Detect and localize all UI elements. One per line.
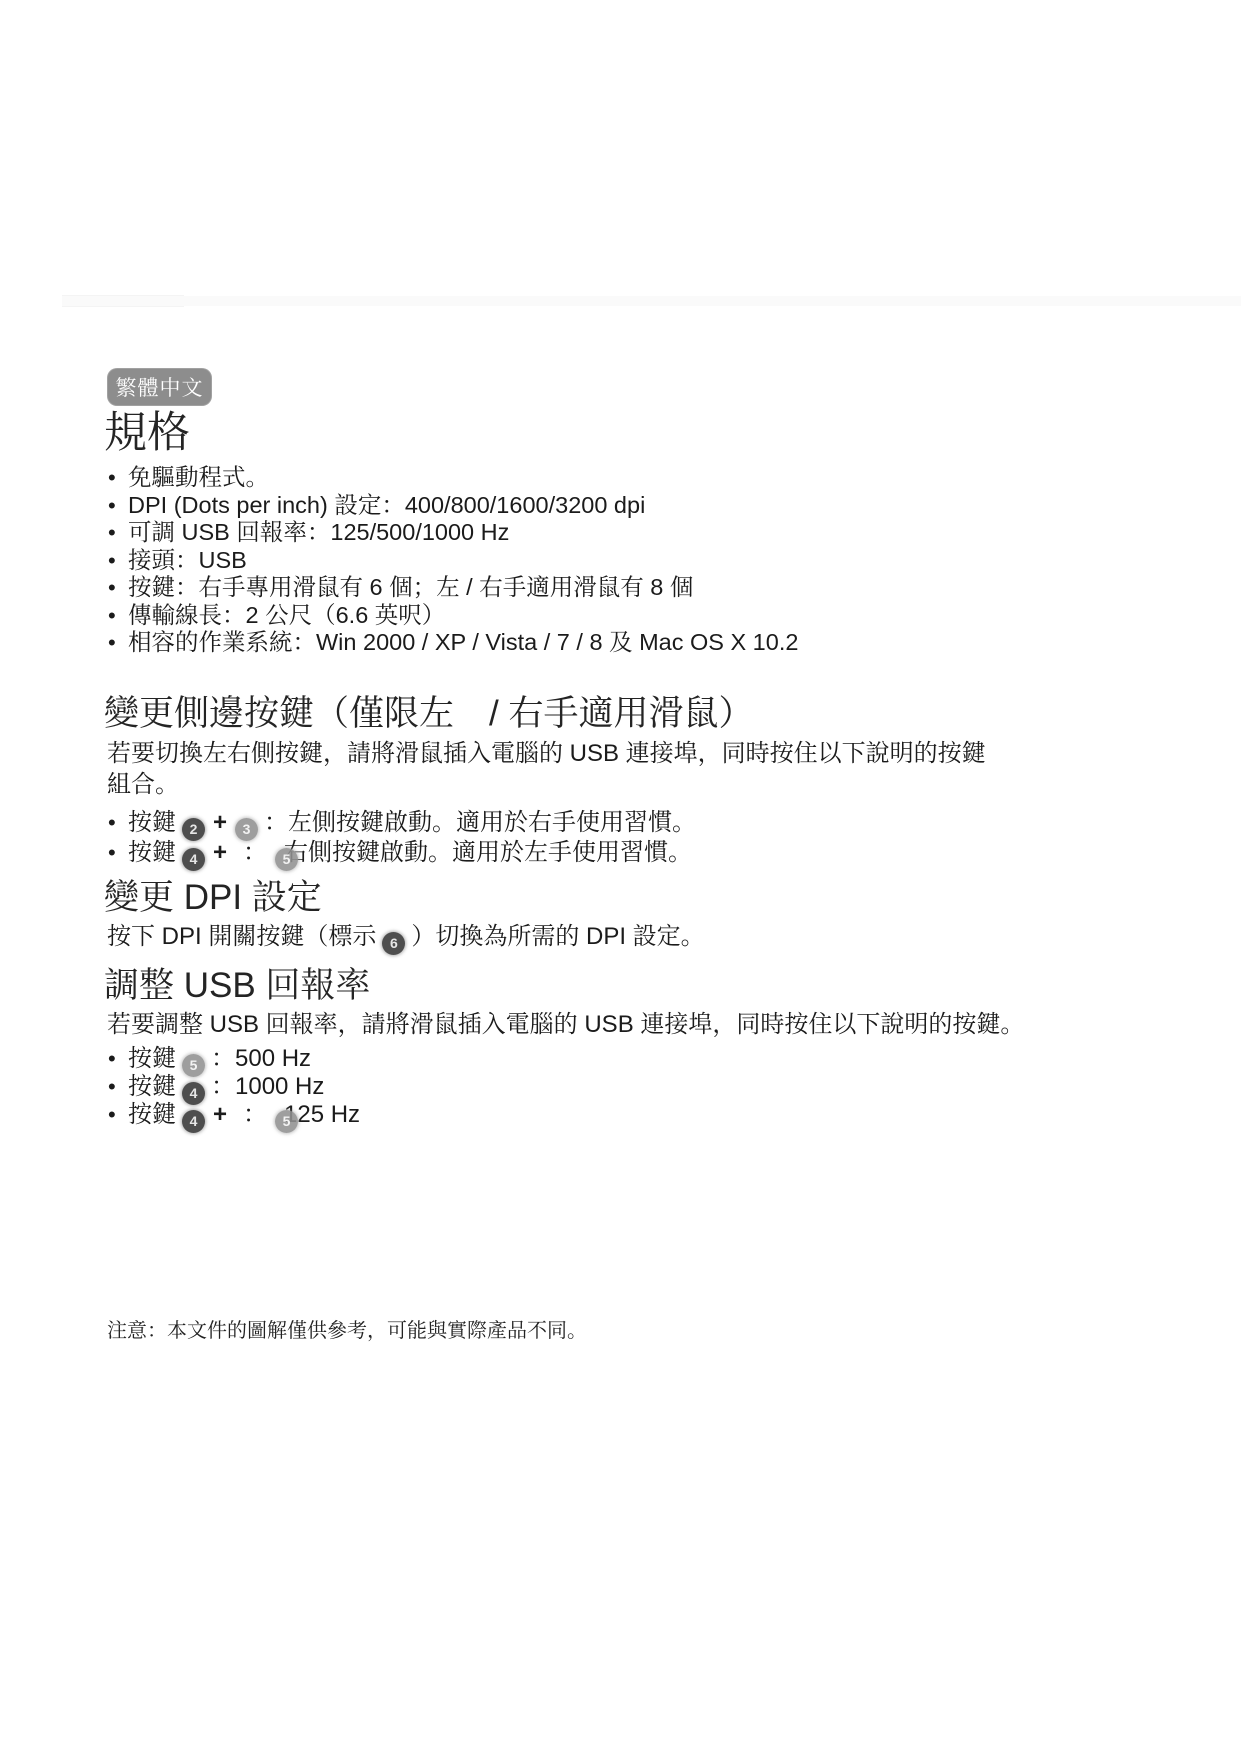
key-5-badge-icon: 5	[275, 1110, 298, 1133]
dpi-text-pre: 按下 DPI 開關按鍵（標示	[107, 923, 376, 950]
bullet-text: ：500 Hz	[211, 1045, 311, 1072]
spec-item-cable-length: 傳輸線長：2 公尺（6.6 英呎）	[107, 602, 1107, 630]
disclaimer-note: 注意：本文件的圖解僅供參考，可能與實際產品不同。	[107, 1314, 587, 1343]
bullet-text: 按鍵	[128, 1045, 176, 1072]
bullet-text: 按鍵	[128, 1073, 176, 1100]
bullet-text: 按鍵	[128, 809, 176, 836]
side-buttons-title: 變更側邊按鍵（僅限左 / 右手適用滑鼠）	[104, 694, 753, 734]
spec-item-driver-free: 免驅動程式。	[107, 464, 1107, 492]
specs-title: 規格	[104, 410, 190, 457]
language-badge: 繁體中文	[107, 368, 212, 406]
bullet-text: 按鍵	[128, 1101, 176, 1128]
side-buttons-intro-line-1: 若要切換左右側按鍵，請將滑鼠插入電腦的 USB 連接埠，同時按住以下說明的按鍵	[107, 739, 986, 770]
spec-item-connector: 接頭：USB	[107, 547, 1107, 575]
bullet-text: ：1000 Hz	[211, 1073, 324, 1100]
plus-sign: +	[213, 809, 227, 836]
dpi-instruction: 按下 DPI 開關按鍵（標示6）切換為所需的 DPI 設定。	[107, 922, 705, 955]
bullet-text: ：左側按鍵啟動。適用於右手使用習慣。	[264, 809, 696, 836]
dpi-text-post: ）切換為所需的 DPI 設定。	[411, 923, 704, 950]
spec-item-usb-rate: 可調 USB 回報率：125/500/1000 Hz	[107, 519, 1107, 547]
usb-rate-intro: 若要調整 USB 回報率，請將滑鼠插入電腦的 USB 連接埠，同時按住以下說明的…	[107, 1010, 1024, 1041]
manual-page: 繁體中文 規格 免驅動程式。 DPI (Dots per inch) 設定：40…	[0, 0, 1241, 1754]
side-buttons-intro-line-2: 組合。	[107, 770, 986, 801]
page-scan-edge	[62, 296, 1241, 306]
side-buttons-bullet-left-hand: 按鍵4+：5右側按鍵啟動。適用於左手使用習慣。	[107, 838, 692, 871]
usb-rate-bullet-125: 按鍵4+：5125 Hz	[107, 1100, 360, 1133]
key-4-badge-icon: 4	[182, 1110, 205, 1133]
bullet-text: 按鍵	[128, 839, 176, 866]
key-4-badge-icon: 4	[182, 848, 205, 871]
colon: ：	[243, 839, 267, 866]
spec-item-dpi: DPI (Dots per inch) 設定：400/800/1600/3200…	[107, 492, 1107, 520]
key-6-badge-icon: 6	[382, 932, 405, 955]
side-buttons-intro: 若要切換左右側按鍵，請將滑鼠插入電腦的 USB 連接埠，同時按住以下說明的按鍵 …	[107, 739, 986, 800]
usb-rate-title: 調整 USB 回報率	[104, 966, 370, 1006]
colon: ：	[243, 1101, 267, 1128]
bullet-text: 右側按鍵啟動。適用於左手使用習慣。	[284, 839, 692, 866]
plus-sign: +	[213, 1101, 227, 1128]
spec-item-os: 相容的作業系統：Win 2000 / XP / Vista / 7 / 8 及 …	[107, 629, 1107, 657]
spec-item-buttons: 按鍵：右手專用滑鼠有 6 個；左 / 右手適用滑鼠有 8 個	[107, 574, 1107, 602]
dpi-title: 變更 DPI 設定	[104, 878, 322, 918]
plus-sign: +	[213, 839, 227, 866]
side-buttons-bullet-right-hand: 按鍵2+3：左側按鍵啟動。適用於右手使用習慣。	[107, 808, 696, 841]
specs-list: 免驅動程式。 DPI (Dots per inch) 設定：400/800/16…	[107, 464, 1107, 657]
key-5-badge-icon: 5	[275, 848, 298, 871]
